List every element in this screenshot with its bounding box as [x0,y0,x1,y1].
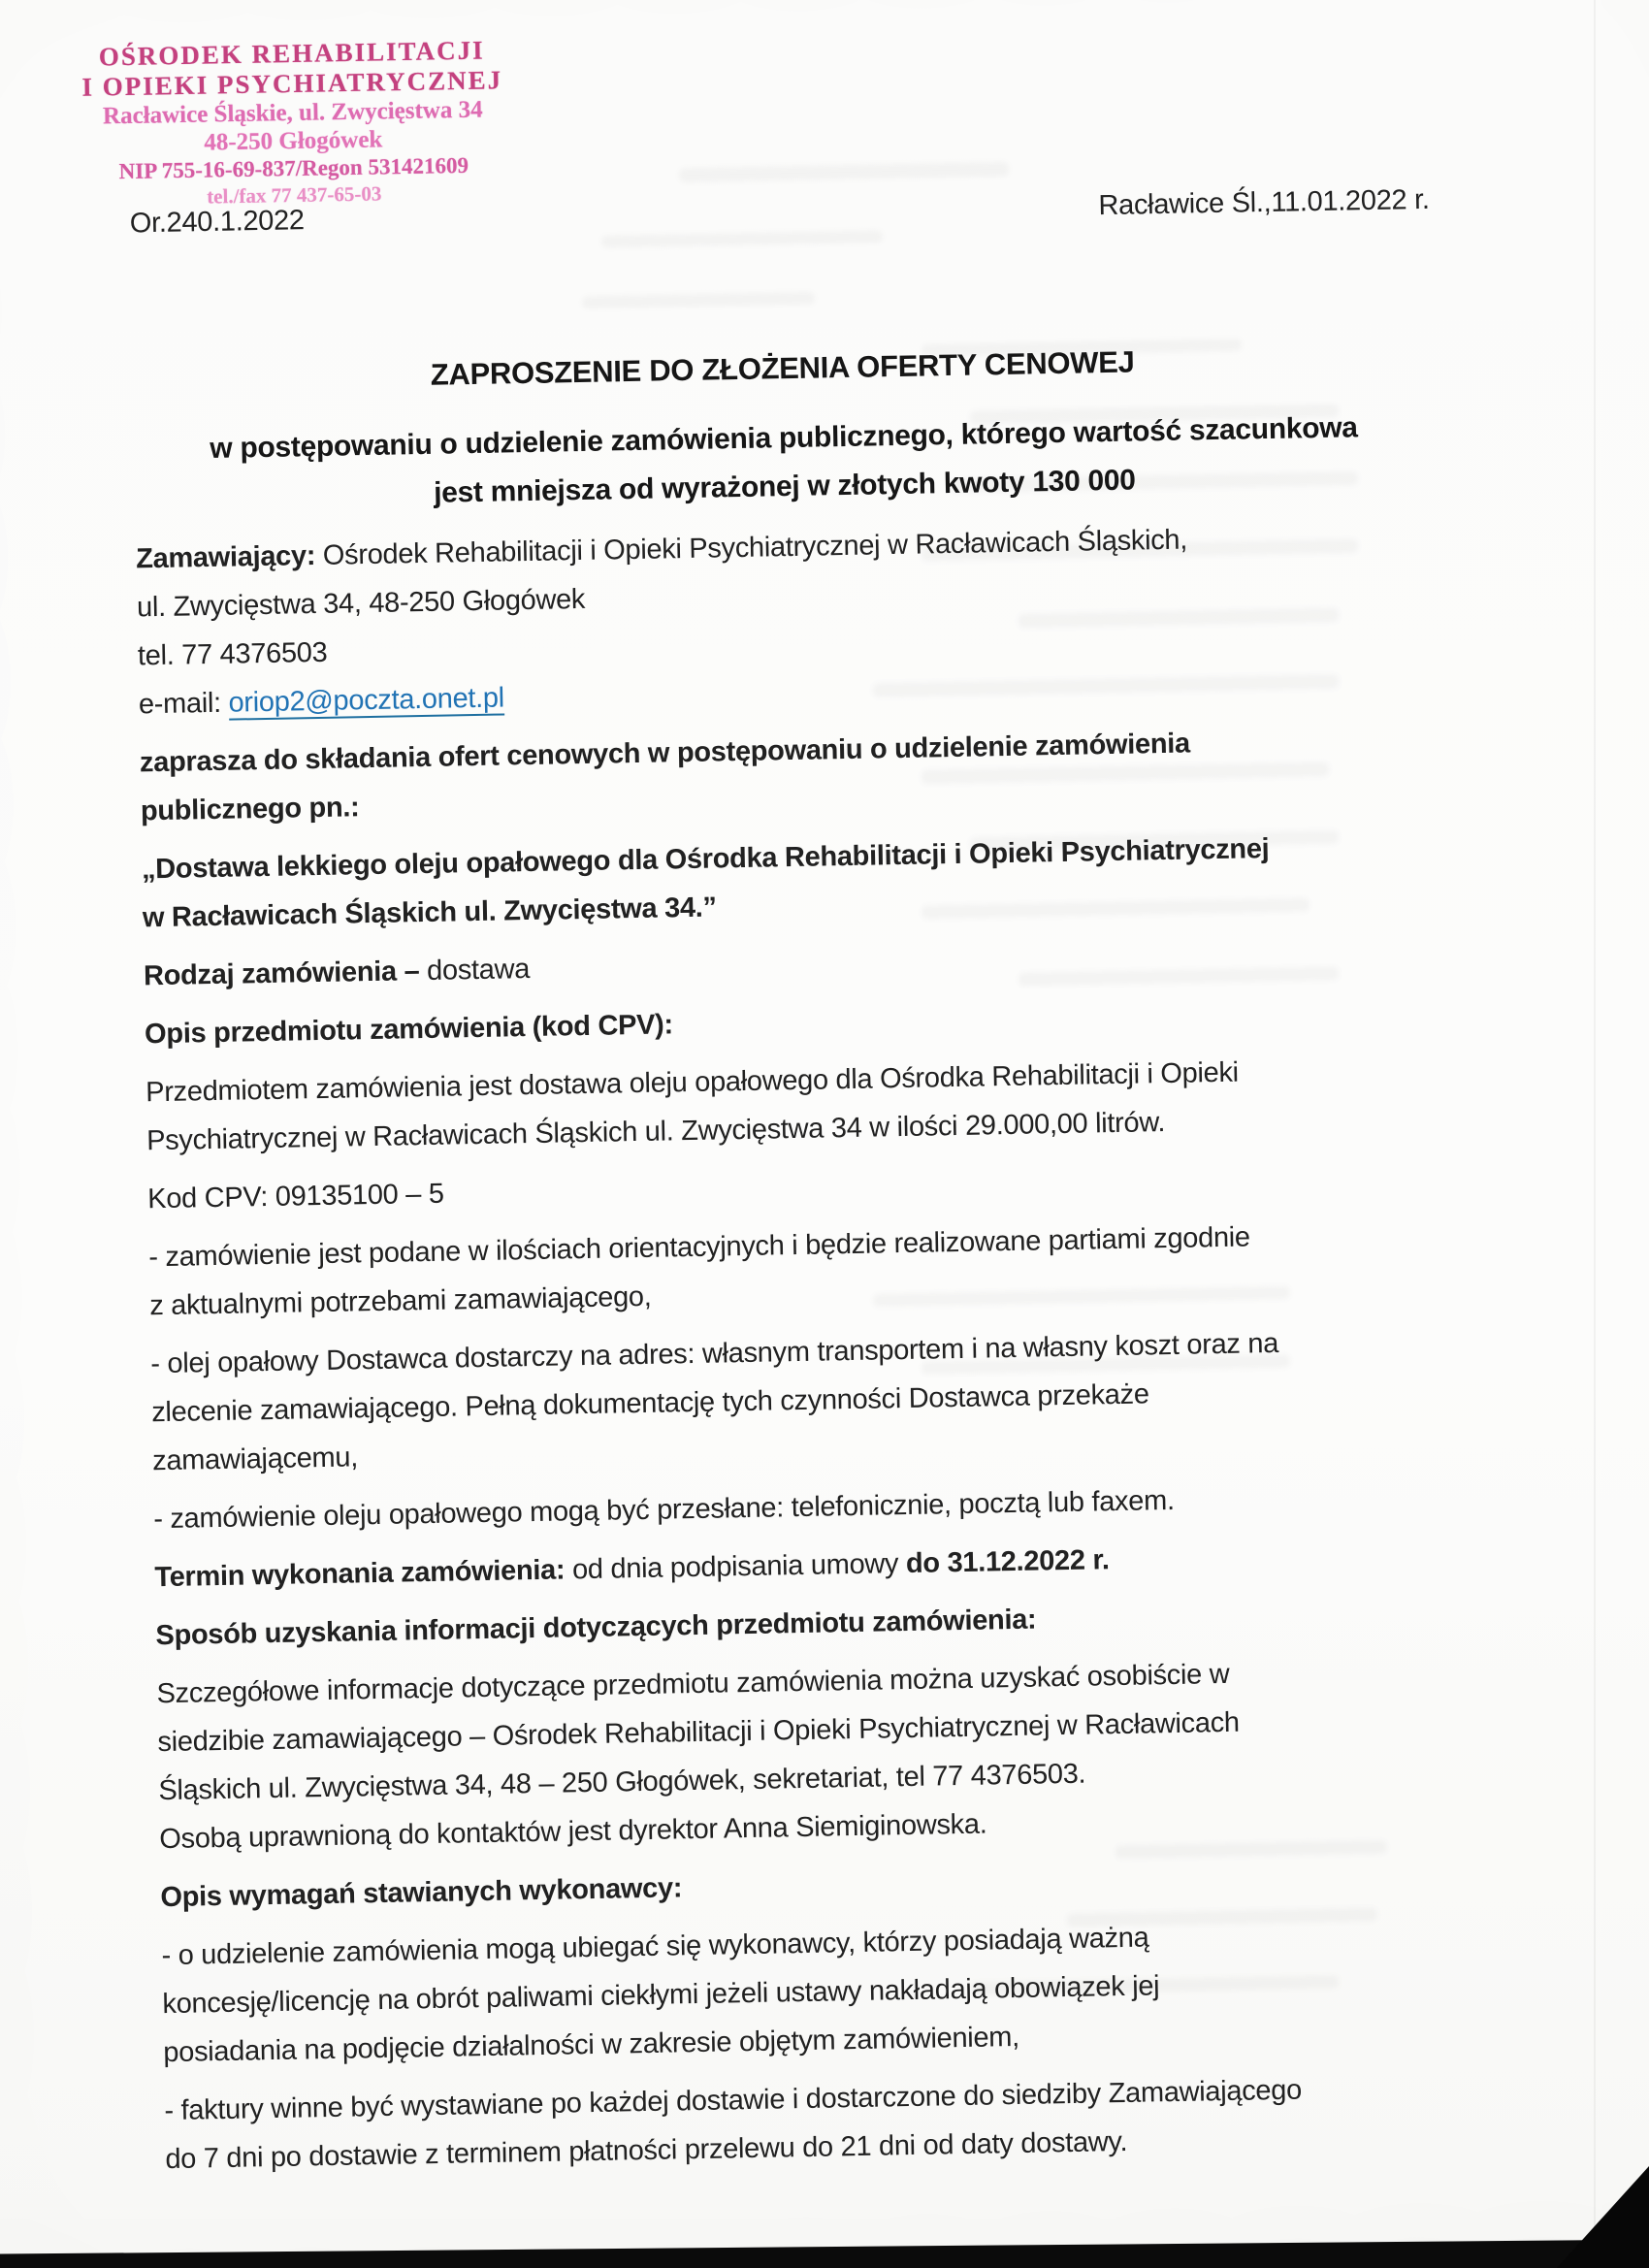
deadline-date: do 31.12.2022 r. [906,1544,1110,1579]
document-body: Or.240.1.2022 Racławice Śl.,11.01.2022 r… [129,176,1465,2184]
buyer-name: Ośrodek Rehabilitacji i Opieki Psychiatr… [315,525,1187,571]
deadline-label: Termin wykonania zamówienia: [154,1554,565,1593]
invitation-intro: zaprasza do składania ofert cenowych w p… [140,715,1441,836]
reference-number: Or.240.1.2022 [129,196,305,247]
order-type-value: dostawa [419,954,530,987]
buyer-block: Zamawiający: Ośrodek Rehabilitacji i Opi… [136,511,1439,729]
org-stamp: OŚRODEK REHABILITACJI I OPIEKI PSYCHIATR… [59,35,528,211]
info-paragraph: Szczegółowe informacje dotyczące przedmi… [156,1646,1459,1816]
document-title: ZAPROSZENIE DO ZŁOŻENIA OFERTY CENOWEJ [132,333,1433,405]
order-type-label: Rodzaj zamówienia – [144,956,420,991]
email-link[interactable]: oriop2@poczta.onet.pl [228,682,504,720]
subject-description: Przedmiotem zamówienia jest dostawa olej… [145,1045,1447,1166]
buyer-label: Zamawiający: [136,540,316,574]
place-date: Racławice Śl.,11.01.2022 r. [1098,176,1430,230]
condition-bullet-1: - zamówienie jest podane w ilościach ori… [148,1210,1450,1331]
condition-bullet-2: - olej opałowy Dostawca dostarczy na adr… [150,1316,1453,1486]
order-subject: „Dostawa lekkiego oleju opałowego dla Oś… [142,822,1443,943]
email-label: e-mail: [139,688,229,721]
document-subtitle: w postępowaniu o udzielenie zamówienia p… [134,403,1436,524]
deadline-middle: od dnia podpisania umowy [565,1548,906,1585]
requirement-1: - o udzielenie zamówienia mogą ubiegać s… [161,1908,1464,2078]
